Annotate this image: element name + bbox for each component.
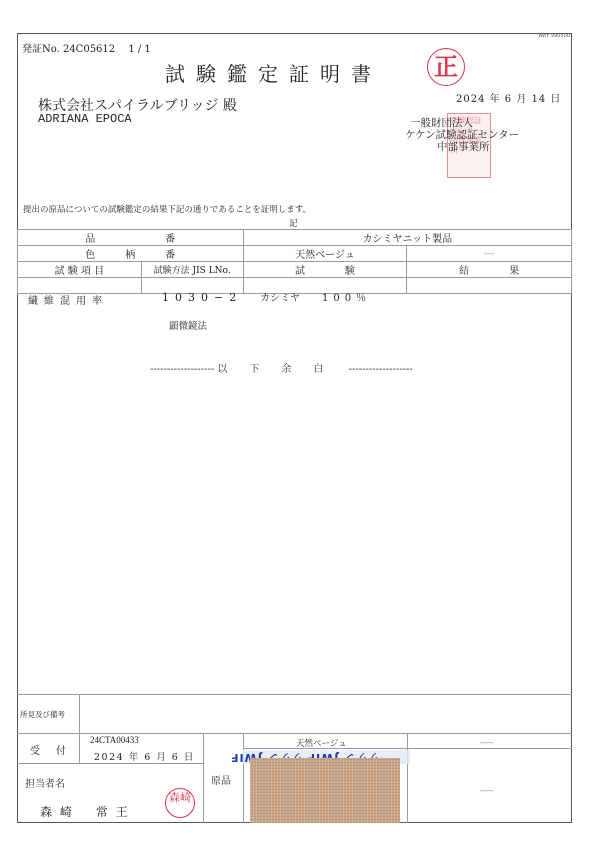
fabric-swatch [250,758,400,823]
sample-dash-1: ----- [480,738,494,747]
divider [203,733,204,823]
results-table: 品 番 カシミヤニット製品 色 柄 番 天然ベージュ ---- 試 験 項 目 … [17,229,572,294]
ki-marker: 記 [289,217,298,229]
color-value: 天然ベージュ [243,246,407,262]
person-in-charge-name: 森 崎常 王 [40,803,152,820]
blank-remainder-marker: ------------------- 以下余白 ---------------… [150,360,413,375]
org-line-3: 中部事業所 [405,141,519,153]
test-method-number: 1030−2 [162,291,242,304]
divider [17,763,203,764]
color-extra: ---- [407,246,572,262]
divider [17,694,572,695]
receipt-label: 受付 [30,742,82,757]
product-label: 品 番 [18,230,244,246]
certification-statement: 提出の原品についての試験鑑定の結果下記の通りであることを証明します。 [23,203,311,215]
sample-dash-2: ----- [480,786,494,795]
divider [243,733,244,823]
fiber-percent: 100％ [322,293,371,304]
org-line-2: ケケン試験認証センター [405,129,519,141]
person-in-charge-label: 担当者名 [25,775,65,790]
receipt-number: 24CTA00433 [90,735,139,745]
color-label: 色 柄 番 [18,246,244,262]
header-method: 試験方法 JIS LNo. [141,262,243,278]
organization-block: 一般財団法人 ケケン試験認証センター 中部事業所 [405,117,519,153]
divider [407,733,408,823]
product-row: 品 番 カシミヤニット製品 [18,230,572,246]
sample-color: 天然ベージュ [296,737,347,749]
test-method-name: 顕微鏡法 [169,318,207,332]
header-result: 結 果 [407,262,572,278]
header-item: 試 験 項 目 [18,262,142,278]
form-code: JWIF 990500 [539,33,570,39]
original-seal: 正 [427,48,465,86]
color-row: 色 柄 番 天然ベージュ ---- [18,246,572,262]
document-title: 試験鑑定証明書 [165,58,382,87]
issue-date: 2024 年 6 月 14 日 [456,90,561,105]
person-seal: 森崎 [165,788,195,818]
org-line-1: 一般財団法人 [405,117,519,129]
header-test: 試 験 [243,262,407,278]
product-value: カシミヤニット製品 [243,230,571,246]
sample-label: 原品 [211,772,231,787]
divider [17,733,572,734]
remarks-label: 所見及び備考 [20,709,65,720]
client-name-en: ADRIANA EPOCA [38,112,132,126]
receipt-date: 2024 年 6 月 6 日 [94,749,195,763]
test-result: カシミヤ100％ [260,289,371,304]
test-item-name: 繊維混用率 [28,292,108,307]
certificate-number: 発証No. 24C05612 1 / 1 [22,40,151,55]
fiber-name: カシミヤ [260,293,300,304]
header-row: 試 験 項 目 試験方法 JIS LNo. 試 験 結 果 [18,262,572,278]
result-cell [407,278,572,294]
